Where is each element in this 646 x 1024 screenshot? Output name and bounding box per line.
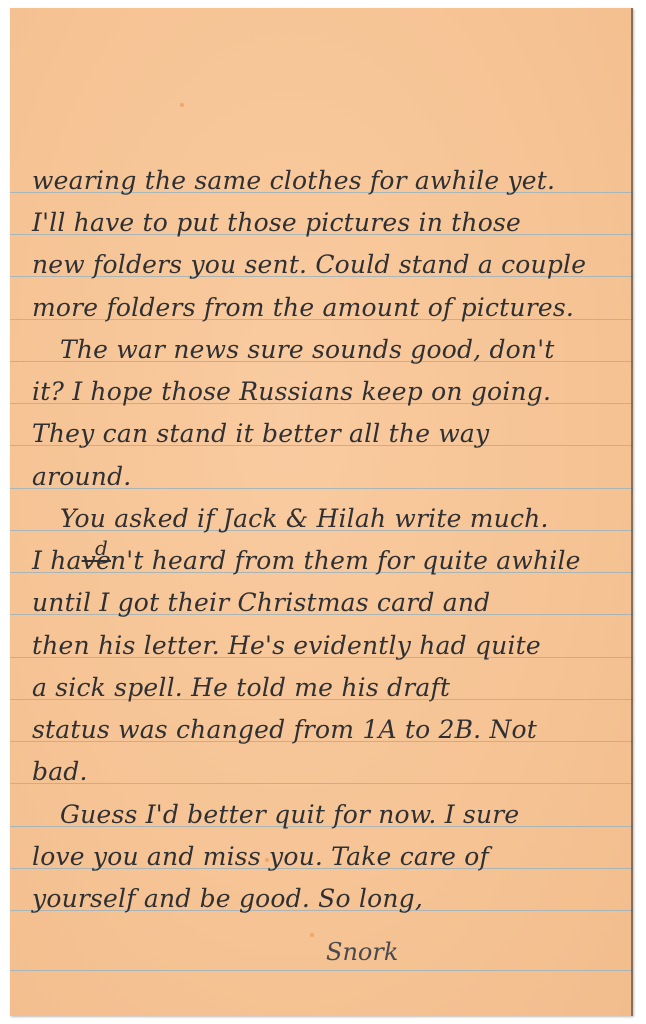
line-segment: I ha (32, 546, 82, 575)
ruled-line (10, 783, 633, 784)
letter-line: bad. (32, 759, 88, 784)
letter-line: The war news sure sounds good, don't (60, 337, 555, 362)
line-segment: n't heard from them for quite awhile (110, 546, 581, 575)
letter-line: more folders from the amount of pictures… (32, 295, 574, 320)
letter-line: yourself and be good. So long, (32, 886, 423, 911)
letter-line: I'll have to put those pictures in those (32, 210, 521, 235)
letter-line: wearing the same clothes for awhile yet. (32, 168, 555, 193)
letter-line: Guess I'd better quit for now. I sure (60, 802, 519, 827)
letter-line: They can stand it better all the way (32, 421, 489, 446)
letter-line: then his letter. He's evidently had quit… (32, 633, 541, 658)
inserted-correction: d (95, 536, 108, 560)
letter-line: until I got their Christmas card and (32, 590, 490, 615)
paper-stain (180, 103, 184, 107)
letter-line: love you and miss you. Take care of (32, 844, 489, 869)
letter-line: it? I hope those Russians keep on going. (32, 379, 551, 404)
letter-line: around. (32, 464, 131, 489)
signature: Snork (326, 938, 398, 966)
letter-line: new folders you sent. Could stand a coup… (32, 252, 586, 277)
letter-page: wearing the same clothes for awhile yet.… (10, 8, 633, 1016)
letter-line: status was changed from 1A to 2B. Not (32, 717, 537, 742)
letter-line: a sick spell. He told me his draft (32, 675, 450, 700)
paper-stain (310, 933, 314, 937)
letter-line-with-correction: I havedn't heard from them for quite awh… (32, 548, 581, 573)
letter-line: You asked if Jack & Hilah write much. (60, 506, 549, 531)
ruled-line (10, 970, 633, 971)
